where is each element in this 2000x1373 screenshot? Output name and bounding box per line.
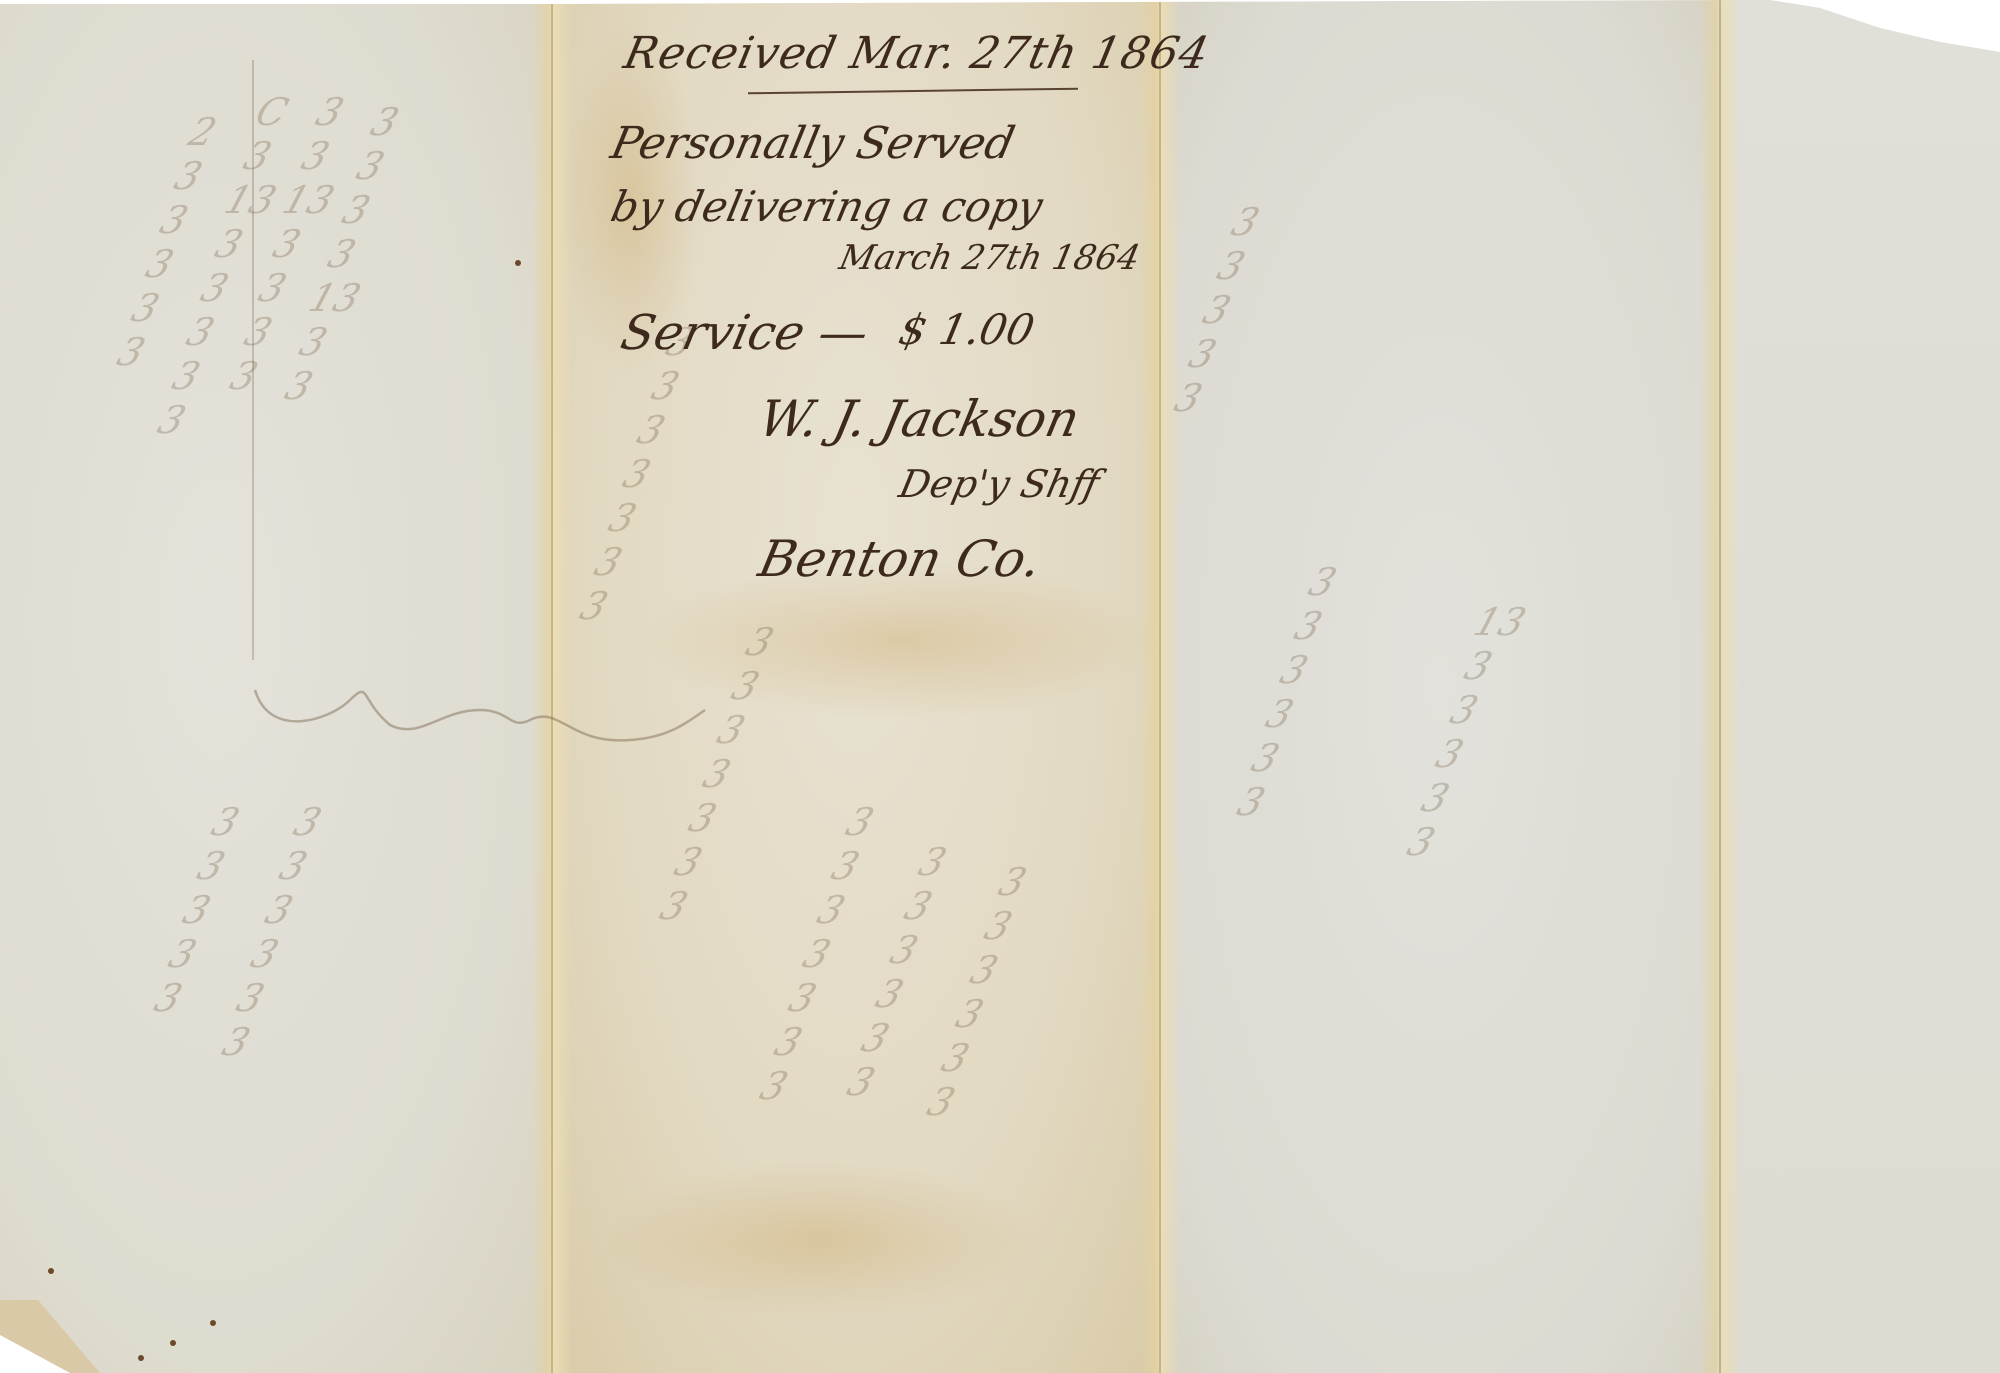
received-line: Received Mar. 27th 1864	[620, 28, 1214, 79]
water-stain	[600, 1160, 1040, 1320]
foxing-spot	[515, 260, 521, 266]
foxing-spot	[170, 1340, 176, 1346]
received-label: Received	[620, 28, 842, 79]
foxing-spot	[48, 1268, 54, 1274]
fold-crease	[1700, 0, 1740, 1373]
foxing-spot	[138, 1355, 144, 1361]
service-fee: $ 1.00	[895, 305, 1039, 354]
served-date: March 27th 1864	[836, 238, 1144, 278]
received-date: Mar. 27th 1864	[846, 28, 1214, 79]
panel-right	[1718, 0, 2000, 1373]
served-line-2: by delivering a copy	[607, 182, 1047, 231]
officer-signature: W. J. Jackson	[754, 390, 1085, 448]
document-sheet: 2 3 3 3 3 3 C 3 13 3 3 3 3 3 3 3 13 3 3 …	[0, 0, 2000, 1373]
foxing-spot	[210, 1320, 216, 1326]
served-line-1: Personally Served	[607, 118, 1019, 169]
county-name: Benton Co.	[754, 530, 1047, 588]
fold-crease	[1140, 0, 1180, 1373]
scribble-line	[250, 640, 710, 750]
officer-title: Dep'y Shff	[895, 462, 1103, 506]
service-label: Service —	[616, 305, 873, 361]
